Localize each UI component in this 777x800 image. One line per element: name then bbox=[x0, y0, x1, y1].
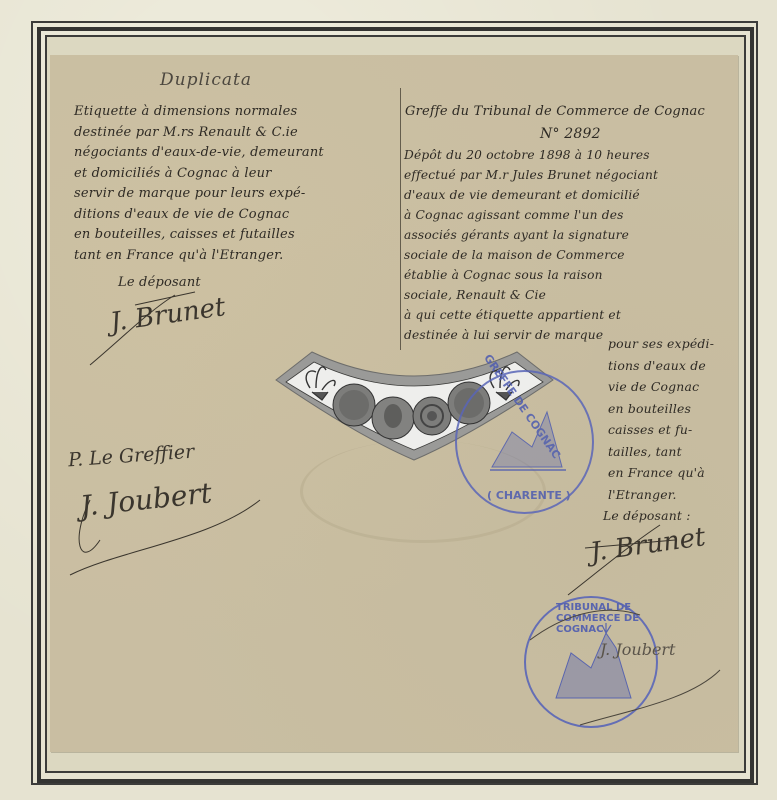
column-divider bbox=[400, 88, 401, 350]
clerk-signature-flourish bbox=[60, 480, 270, 580]
handwritten-line: d'eaux de vie demeurant et domicilié bbox=[404, 188, 640, 202]
registry-header: Greffe du Tribunal de Commerce de Cognac bbox=[405, 104, 705, 119]
handwritten-line: associés gérants ayant la signature bbox=[404, 228, 629, 242]
handwritten-line: servir de marque pour leurs expé- bbox=[74, 186, 306, 201]
medallion-1 bbox=[333, 384, 375, 426]
handwritten-line: destinée par M.rs Renault & C.ie bbox=[74, 125, 298, 140]
handwritten-line: en bouteilles, caisses et futailles bbox=[74, 227, 295, 242]
handwritten-line: Dépôt du 20 octobre 1898 à 10 heures bbox=[404, 148, 650, 162]
registry-stamp: GREFFE DE COGNAC ( CHARENTE ) bbox=[455, 370, 594, 514]
handwritten-line: sociale, Renault & Cie bbox=[404, 288, 546, 302]
handwritten-line: en France qu'à bbox=[608, 465, 705, 480]
handwritten-line: l'Etranger. bbox=[608, 487, 677, 502]
handwritten-line: tailles, tant bbox=[608, 444, 682, 459]
duplicate-title: Duplicata bbox=[160, 70, 252, 90]
handwritten-line: en bouteilles bbox=[608, 401, 691, 416]
handwritten-line: à Cognac agissant comme l'un des bbox=[404, 208, 624, 222]
handwritten-line: sociale de la maison de Commerce bbox=[404, 248, 625, 262]
handwritten-line: Etiquette à dimensions normales bbox=[74, 104, 297, 119]
medallion-2-portrait bbox=[372, 397, 414, 439]
handwritten-line: effectué par M.r Jules Brunet négociant bbox=[404, 168, 658, 182]
handwritten-line: tant en France qu'à l'Etranger. bbox=[74, 248, 283, 263]
handwritten-line: vie de Cognac bbox=[608, 379, 699, 394]
handwritten-line: caisses et fu- bbox=[608, 422, 692, 437]
stamp-overlay-flourish bbox=[520, 600, 730, 730]
handwritten-line: et domiciliés à Cognac à leur bbox=[74, 166, 272, 181]
left-closing: Le déposant bbox=[118, 275, 201, 290]
handwritten-line: à qui cette étiquette appartient et bbox=[404, 308, 621, 322]
medallion-3-arms bbox=[413, 397, 451, 435]
right-signature-flourish bbox=[560, 520, 680, 600]
handwritten-line: pour ses expédi- bbox=[608, 336, 714, 351]
handwritten-line: ditions d'eaux de vie de Cognac bbox=[74, 207, 289, 222]
handwritten-line: négociants d'eaux-de-vie, demeurant bbox=[74, 145, 324, 160]
registry-number: N° 2892 bbox=[540, 126, 601, 142]
handwritten-line: établie à Cognac sous la raison bbox=[404, 268, 603, 282]
handwritten-line: tions d'eaux de bbox=[608, 358, 706, 373]
left-signature-flourish bbox=[80, 290, 200, 370]
